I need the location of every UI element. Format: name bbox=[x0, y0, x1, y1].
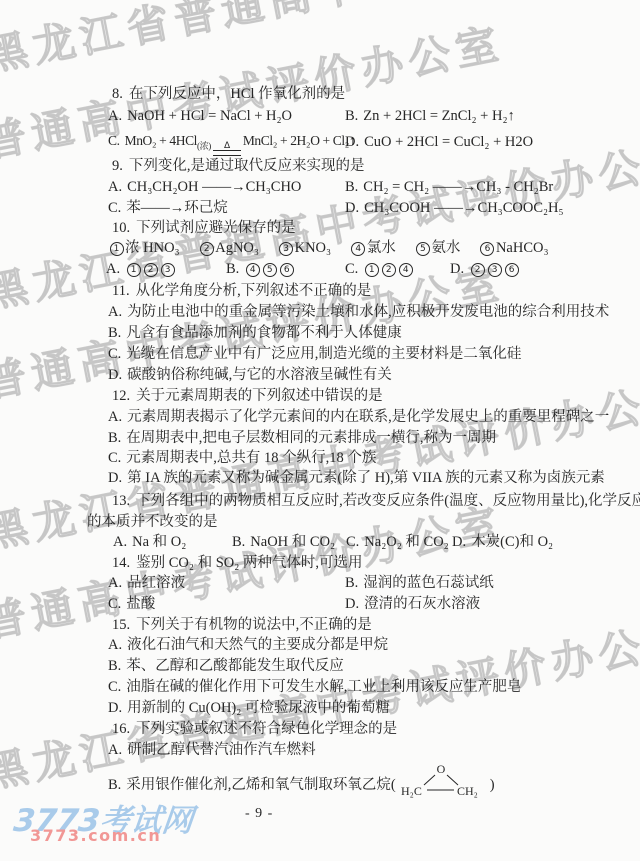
option-label: C. bbox=[108, 679, 121, 695]
stem-text: 在下列反应中，HCl 作氧化剂的是 bbox=[129, 86, 345, 102]
stem-text: 下列变化,是通过取代反应来实现的是 bbox=[129, 158, 365, 174]
option-text: Zn + 2HCl = ZnCl₂ + H₂↑ bbox=[363, 108, 514, 124]
option-label: C. bbox=[108, 596, 121, 612]
option-text: CuO + 2HCl = CuCl₂ + H2O bbox=[364, 134, 533, 150]
ch2-group: H₂C bbox=[401, 784, 422, 798]
option-text: 元素周期表揭示了化学元素间的内在联系,是化学发展史上的重要里程碑之一 bbox=[127, 409, 609, 425]
question-12-option-b: B.在周期表中,把电子层数相同的元素排成一横行,称为一周期 bbox=[108, 430, 496, 446]
option-text: Na₂O₂ 和 CO₂ bbox=[364, 534, 448, 550]
stem-text: 的本质并不改变的是 bbox=[87, 514, 218, 530]
question-9-option-b: B.CH₂ = CH₂ ——→CH₃ - CH₂Br bbox=[345, 179, 553, 195]
question-15-option-d: D.用新制的 Cu(OH)₂ 可检验尿液中的葡萄糖 bbox=[108, 700, 390, 716]
circled-number-icon: 4 bbox=[246, 263, 260, 277]
option-label: B. bbox=[345, 575, 358, 591]
stem-text: 鉴别 CO₂ 和 SO₂ 两种气体时,可选用 bbox=[136, 555, 362, 571]
item-text: 浓 HNO₃ bbox=[125, 240, 180, 256]
question-number: 14. bbox=[112, 555, 130, 571]
option-label: B. bbox=[226, 261, 239, 277]
option-text: 在周期表中,把电子层数相同的元素排成一横行,称为一周期 bbox=[126, 430, 496, 446]
question-14-option-d: D.澄清的石灰水溶液 bbox=[345, 596, 480, 612]
circled-number-icon: 2 bbox=[382, 263, 396, 277]
question-14-option-c: C.盐酸 bbox=[108, 596, 155, 612]
option-label: B. bbox=[108, 430, 121, 446]
option-label: A. bbox=[108, 304, 122, 320]
option-text: 采用银作催化剂,乙烯和氧气制取环氧乙烷( bbox=[126, 777, 395, 793]
question-12-stem: 12.关于元素周期表的下列叙述中错误的是 bbox=[112, 388, 383, 404]
option-text: 第 IA 族的元素又称为碱金属元素(除了 H),第 VIIA 族的元素又称为卤族… bbox=[127, 470, 605, 486]
option-text: 碳酸钠俗称纯碱,与它的水溶液呈碱性有关 bbox=[127, 367, 392, 383]
question-9-option-d: D.CH₃COOH ——→CH₃COOC₂H₅ bbox=[345, 200, 564, 216]
option-label: C. bbox=[345, 261, 358, 277]
stem-text: 关于元素周期表的下列叙述中错误的是 bbox=[136, 388, 383, 404]
question-11-option-b: B.凡含有食品添加剂的食物都不利于人体健康 bbox=[108, 325, 402, 341]
option-text: 苯、乙醇和乙酸都能发生取代反应 bbox=[126, 658, 344, 674]
option-text: 元素周期表中,总共有 18 个纵行,18 个族 bbox=[126, 450, 376, 466]
option-text: Na 和 O₂ bbox=[132, 534, 186, 550]
question-11-option-c: C.光缆在信息产业中有广泛应用,制造光缆的主要材料是二氧化硅 bbox=[108, 346, 521, 362]
question-10-option-d: D.236 bbox=[450, 261, 520, 277]
option-text: 研制乙醇代替汽油作汽车燃料 bbox=[127, 742, 316, 758]
option-label: D. bbox=[108, 367, 122, 383]
question-8-option-b: B.Zn + 2HCl = ZnCl₂ + H₂↑ bbox=[345, 108, 515, 124]
equation-left: MnO₂ + 4HCl bbox=[125, 133, 197, 148]
option-label: D. bbox=[108, 700, 122, 716]
question-12-option-d: D.第 IA 族的元素又称为碱金属元素(除了 H),第 VIIA 族的元素又称为… bbox=[108, 470, 605, 486]
option-text: CH₂ = CH₂ ——→CH₃ - CH₂Br bbox=[363, 179, 553, 195]
stem-text: 下列实验或叙述不符合绿色化学理念的是 bbox=[136, 721, 397, 737]
item-text: KNO₃ bbox=[295, 240, 331, 256]
option-text: 盐酸 bbox=[126, 596, 155, 612]
circled-number-icon: 5 bbox=[263, 263, 277, 277]
option-text: 用新制的 Cu(OH)₂ 可检验尿液中的葡萄糖 bbox=[127, 700, 390, 716]
question-13-stem-line1: 13.下列各组中的两物质相互反应时,若改变反应条件(温度、反应物用量比),化学反… bbox=[112, 493, 640, 509]
question-13-option-a: A.Na 和 O₂ bbox=[113, 534, 186, 550]
circled-number-icon: 1 bbox=[365, 263, 379, 277]
question-16-option-a: A.研制乙醇代替汽油作汽车燃料 bbox=[108, 742, 316, 758]
item-text: 氨水 bbox=[431, 240, 460, 256]
option-text: NaOH 和 CO₂ bbox=[250, 534, 335, 550]
stem-text: 下列关于有机物的说法中,不正确的是 bbox=[136, 617, 372, 633]
list-item: 1浓 HNO₃ bbox=[108, 240, 180, 256]
option-label: A. bbox=[113, 534, 127, 550]
option-label: A. bbox=[108, 637, 122, 653]
list-item: 3KNO₃ bbox=[278, 240, 331, 256]
question-number: 9. bbox=[112, 158, 123, 174]
circled-number-icon: 3 bbox=[161, 263, 175, 277]
question-number: 8. bbox=[112, 86, 123, 102]
option-text: 凡含有食品添加剂的食物都不利于人体健康 bbox=[126, 325, 402, 341]
question-13-option-b: B.NaOH 和 CO₂ bbox=[232, 534, 335, 550]
question-14-option-b: B.湿润的蓝色石蕊试纸 bbox=[345, 575, 494, 591]
circled-number-icon: 2 bbox=[144, 263, 158, 277]
question-16-stem: 16.下列实验或叙述不符合绿色化学理念的是 bbox=[112, 721, 397, 737]
question-14-stem: 14.鉴别 CO₂ 和 SO₂ 两种气体时,可选用 bbox=[112, 555, 363, 571]
question-8-option-d: D.CuO + 2HCl = CuCl₂ + H2O bbox=[345, 134, 533, 150]
question-13-option-c: C.Na₂O₂ 和 CO₂ bbox=[346, 534, 449, 550]
option-label: C. bbox=[108, 200, 121, 216]
exam-paper-page: 黑龙江省普通高中考试评价办公室 黑龙江省普通高中考试评价办公室 黑龙江省普通高中… bbox=[0, 0, 640, 861]
option-label: D. bbox=[345, 134, 359, 150]
option-text: 澄清的石灰水溶液 bbox=[364, 596, 480, 612]
circled-number-icon: 5 bbox=[416, 242, 430, 256]
stem-text: 下列试剂应避光保存的是 bbox=[136, 220, 296, 236]
question-9-option-a: A.CH₃CH₂OH ——→CH₃CHO bbox=[108, 179, 301, 195]
question-8-option-a: A.NaOH + HCl = NaCl + H₂O bbox=[108, 108, 292, 124]
list-item: 2AgNO₃ bbox=[198, 240, 259, 256]
question-15-stem: 15.下列关于有机物的说法中,不正确的是 bbox=[112, 617, 372, 633]
ch2-group: CH₂ bbox=[457, 784, 478, 798]
concentrated-subscript: (浓) bbox=[197, 141, 211, 151]
question-9-option-c: C.苯——→环己烷 bbox=[108, 200, 228, 216]
circled-number-icon: 2 bbox=[200, 242, 214, 256]
option-label: C. bbox=[108, 346, 121, 362]
circled-number-icon: 4 bbox=[351, 242, 365, 256]
question-15-option-b: B.苯、乙醇和乙酸都能发生取代反应 bbox=[108, 658, 344, 674]
question-8-stem: 8.在下列反应中，HCl 作氧化剂的是 bbox=[112, 86, 345, 102]
delta-symbol: Δ bbox=[224, 142, 230, 150]
question-16-option-b: B.采用银作催化剂,乙烯和氧气制取环氧乙烷( O H₂C CH₂ ) bbox=[108, 763, 495, 799]
option-text: NaOH + HCl = NaCl + H₂O bbox=[127, 108, 292, 124]
option-label: C. bbox=[108, 133, 120, 148]
option-label: A. bbox=[106, 261, 120, 277]
circled-number-icon: 6 bbox=[280, 263, 294, 277]
option-label: D. bbox=[345, 596, 359, 612]
option-label: B. bbox=[108, 325, 121, 341]
circled-number-icon: 3 bbox=[488, 263, 502, 277]
option-text: CH₃COOH ——→CH₃COOC₂H₅ bbox=[364, 200, 563, 216]
circled-number-icon: 2 bbox=[471, 263, 485, 277]
option-text: 木炭(C)和 O₂ bbox=[471, 534, 553, 550]
option-label: D. bbox=[450, 261, 464, 277]
circled-number-icon: 4 bbox=[399, 263, 413, 277]
option-label: D. bbox=[452, 534, 466, 550]
bond-line bbox=[424, 775, 435, 785]
question-15-option-c: C.油脂在碱的催化作用下可发生水解,工业上利用该反应生产肥皂 bbox=[108, 679, 521, 695]
option-label: A. bbox=[108, 108, 122, 124]
option-label: A. bbox=[108, 575, 122, 591]
option-label: A. bbox=[108, 409, 122, 425]
item-text: NaHCO₃ bbox=[496, 240, 549, 256]
option-label: B. bbox=[232, 534, 245, 550]
stem-text: 下列各组中的两物质相互反应时,若改变反应条件(温度、反应物用量比),化学反应 bbox=[136, 493, 640, 509]
option-text: 湿润的蓝色石蕊试纸 bbox=[363, 575, 494, 591]
question-10-items: 1浓 HNO₃ 2AgNO₃ 3KNO₃ 4氯水 5氨水 6NaHCO₃ bbox=[108, 240, 564, 256]
option-label: D. bbox=[345, 200, 359, 216]
circled-number-icon: 1 bbox=[127, 263, 141, 277]
option-text: CH₃CH₂OH ——→CH₃CHO bbox=[127, 179, 301, 195]
question-10-stem: 10.下列试剂应避光保存的是 bbox=[112, 220, 296, 236]
list-item: 5氨水 bbox=[414, 240, 460, 256]
closing-paren: ) bbox=[490, 777, 495, 793]
option-text: 油脂在碱的催化作用下可发生水解,工业上利用该反应生产肥皂 bbox=[126, 679, 521, 695]
question-11-option-a: A.为防止电池中的重金属等污染土壤和水体,应积极开发废电池的综合利用技术 bbox=[108, 304, 609, 320]
list-item: 6NaHCO₃ bbox=[479, 240, 549, 256]
list-item: 4氯水 bbox=[350, 240, 396, 256]
option-label: C. bbox=[346, 534, 359, 550]
option-label: B. bbox=[108, 658, 121, 674]
option-label: D. bbox=[108, 470, 122, 486]
question-14-option-a: A.品红溶液 bbox=[108, 575, 185, 591]
circled-number-icon: 6 bbox=[505, 263, 519, 277]
question-number: 13. bbox=[112, 493, 130, 509]
question-12-option-a: A.元素周期表揭示了化学元素间的内在联系,是化学发展史上的重要里程碑之一 bbox=[108, 409, 609, 425]
circled-number-icon: 3 bbox=[279, 242, 293, 256]
equation-right: MnCl₂ + 2H₂O + Cl₂↑ bbox=[243, 133, 356, 148]
option-label: A. bbox=[108, 179, 122, 195]
epoxide-structure-icon: O H₂C CH₂ bbox=[399, 763, 487, 799]
watermark-text: 黑龙江省普通高中考试评价办公室 bbox=[0, 0, 640, 84]
question-10-option-a: A.123 bbox=[106, 261, 176, 277]
question-12-option-c: C.元素周期表中,总共有 18 个纵行,18 个族 bbox=[108, 450, 376, 466]
question-number: 10. bbox=[112, 220, 130, 236]
question-15-option-a: A.液化石油气和天然气的主要成分都是甲烷 bbox=[108, 637, 388, 653]
item-text: AgNO₃ bbox=[215, 240, 259, 256]
circled-number-icon: 6 bbox=[480, 242, 494, 256]
circled-number-icon: 1 bbox=[110, 242, 124, 256]
question-number: 15. bbox=[112, 617, 130, 633]
question-11-stem: 11.从化学角度分析,下列叙述不正确的是 bbox=[112, 283, 371, 299]
stem-text: 从化学角度分析,下列叙述不正确的是 bbox=[136, 283, 372, 299]
question-10-option-b: B.456 bbox=[226, 261, 295, 277]
question-9-stem: 9.下列变化,是通过取代反应来实现的是 bbox=[112, 158, 365, 174]
option-label: A. bbox=[108, 742, 122, 758]
oxygen-atom: O bbox=[436, 763, 445, 776]
question-10-option-c: C.124 bbox=[345, 261, 414, 277]
item-text: 氯水 bbox=[367, 240, 396, 256]
option-label: B. bbox=[345, 179, 358, 195]
page-number: - 9 - bbox=[245, 806, 273, 822]
option-label: B. bbox=[108, 777, 121, 793]
question-number: 12. bbox=[112, 388, 130, 404]
question-13-stem-line2: 的本质并不改变的是 bbox=[87, 514, 218, 530]
option-label: C. bbox=[108, 450, 121, 466]
question-13-option-d: D.木炭(C)和 O₂ bbox=[452, 534, 553, 550]
option-label: B. bbox=[345, 108, 358, 124]
double-line bbox=[213, 150, 241, 156]
option-text: 为防止电池中的重金属等污染土壤和水体,应积极开发废电池的综合利用技术 bbox=[127, 304, 609, 320]
option-text: 品红溶液 bbox=[127, 575, 185, 591]
option-text: 光缆在信息产业中有广泛应用,制造光缆的主要材料是二氧化硅 bbox=[126, 346, 521, 362]
question-number: 16. bbox=[112, 721, 130, 737]
question-11-option-d: D.碳酸钠俗称纯碱,与它的水溶液呈碱性有关 bbox=[108, 367, 392, 383]
delta-heated-equals-icon: Δ bbox=[213, 142, 241, 156]
option-text: 液化石油气和天然气的主要成分都是甲烷 bbox=[127, 637, 388, 653]
question-number: 11. bbox=[112, 283, 130, 299]
site-url: 3773.com.cn bbox=[30, 826, 161, 845]
question-8-option-c: C.MnO₂ + 4HCl(浓)ΔMnCl₂ + 2H₂O + Cl₂↑ bbox=[108, 133, 355, 156]
option-text: 苯——→环己烷 bbox=[126, 200, 228, 216]
